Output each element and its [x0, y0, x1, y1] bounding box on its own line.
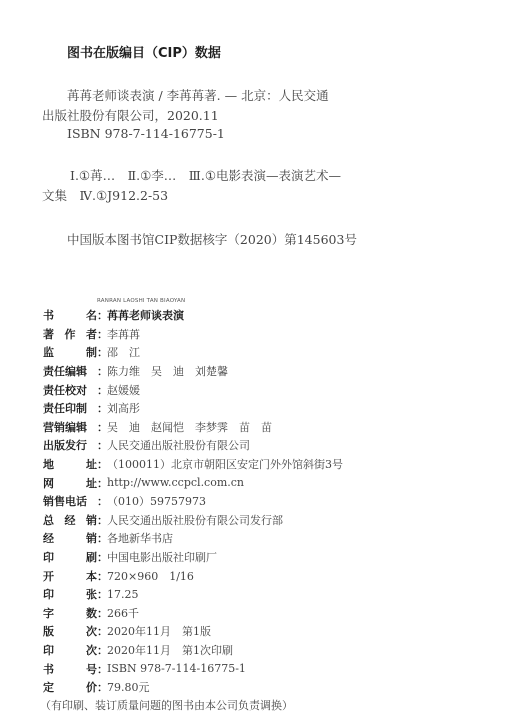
field-label-char: 作 — [65, 326, 76, 342]
field-label-char: 制 — [86, 344, 97, 360]
copyright-row: 监制：邵 江 — [43, 343, 383, 362]
copyright-row: 印刷：中国电影出版社印刷厂 — [43, 548, 383, 567]
cip-classification-line: 文集 Ⅳ.①J912.2-53 — [42, 186, 168, 204]
field-colon: ： — [97, 530, 107, 546]
field-label-char: 次 — [86, 642, 97, 658]
field-label-char: 销售电话 — [43, 493, 87, 509]
field-label-char: 责任印制 — [43, 400, 87, 416]
copyright-row: 地址：（100011）北京市朝阳区安定门外外馆斜街3号 — [43, 455, 383, 474]
field-colon: ： — [97, 661, 107, 677]
field-value: 2020年11月 第1次印刷 — [107, 642, 233, 658]
field-value: 李苒苒 — [107, 326, 140, 342]
field-colon: ： — [97, 512, 107, 528]
field-label: 书名 — [43, 307, 97, 323]
field-value: 17.25 — [107, 588, 139, 601]
field-label: 著作者 — [43, 326, 97, 342]
copyright-row: 书号：ISBN 978-7-114-16775-1 — [43, 659, 383, 678]
field-label: 销售电话 — [43, 493, 97, 509]
field-value: （100011）北京市朝阳区安定门外外馆斜街3号 — [107, 456, 343, 472]
field-label: 总经销 — [43, 512, 97, 528]
field-value: （010）59757973 — [107, 493, 206, 509]
field-value: 苒苒老师谈表演 — [107, 307, 184, 323]
field-label: 印张 — [43, 586, 97, 602]
field-label-char: 著 — [43, 326, 54, 342]
field-label: 印次 — [43, 642, 97, 658]
field-label-char: 印 — [43, 642, 54, 658]
field-value: ISBN 978-7-114-16775-1 — [107, 662, 246, 675]
field-label-char: 张 — [86, 586, 97, 602]
field-label-char: 刷 — [86, 549, 97, 565]
field-colon: ： — [97, 437, 107, 453]
cip-title: 图书在版编目（CIP）数据 — [67, 42, 221, 61]
copyright-row: 印张：17.25 — [43, 585, 383, 604]
field-colon: ： — [97, 456, 107, 472]
copyright-row: 销售电话：（010）59757973 — [43, 492, 383, 511]
copyright-row: 营销编辑：吴 迪 赵闻恺 李梦霁 苗 苗 — [43, 418, 383, 437]
field-label: 出版发行 — [43, 437, 97, 453]
field-label-char: 数 — [86, 605, 97, 621]
copyright-page: 书名：苒苒老师谈表演著作者：李苒苒监制：邵 江责任编辑：陈力维 吴 迪 刘楚馨责… — [43, 306, 383, 713]
field-label-char: 责任校对 — [43, 382, 87, 398]
field-colon: ： — [97, 642, 107, 658]
field-value: 赵媛媛 — [107, 382, 140, 398]
copyright-row: 字数：266千 — [43, 604, 383, 623]
field-colon: ： — [97, 605, 107, 621]
field-colon: ： — [97, 363, 107, 379]
field-value: 邵 江 — [107, 344, 140, 360]
field-label-char: 网 — [43, 475, 54, 491]
cip-entry-title-line: 苒苒老师谈表演 / 李苒苒著. — 北京：人民交通 — [67, 86, 329, 104]
copyright-row: 版次：2020年11月 第1版 — [43, 622, 383, 641]
copyright-row: 著作者：李苒苒 — [43, 325, 383, 344]
field-label: 责任校对 — [43, 382, 97, 398]
field-label-char: 书 — [43, 661, 54, 677]
field-label-char: 本 — [86, 568, 97, 584]
copyright-row: 书名：苒苒老师谈表演 — [43, 306, 383, 325]
field-label: 责任印制 — [43, 400, 97, 416]
field-value: 中国电影出版社印刷厂 — [107, 549, 217, 565]
field-label: 经销 — [43, 530, 97, 546]
field-label-char: 版 — [43, 623, 54, 639]
copyright-row: 开本：720×960 1/16 — [43, 566, 383, 585]
field-label: 责任编辑 — [43, 363, 97, 379]
field-label: 版次 — [43, 623, 97, 639]
copyright-row: 印次：2020年11月 第1次印刷 — [43, 641, 383, 660]
copyright-row: 经销：各地新华书店 — [43, 529, 383, 548]
field-value: 2020年11月 第1版 — [107, 623, 211, 639]
field-value: 79.80元 — [107, 679, 150, 695]
field-label-char: 者 — [86, 326, 97, 342]
field-label: 字数 — [43, 605, 97, 621]
field-colon: ： — [97, 549, 107, 565]
field-label: 监制 — [43, 344, 97, 360]
cip-entry-isbn: ISBN 978-7-114-16775-1 — [67, 126, 225, 141]
field-label-char: 销 — [86, 530, 97, 546]
field-label: 开本 — [43, 568, 97, 584]
field-label-char: 址 — [86, 456, 97, 472]
field-value: 陈力维 吴 迪 刘楚馨 — [107, 363, 228, 379]
field-label: 地址 — [43, 456, 97, 472]
cip-subject-line: Ⅰ.①苒… Ⅱ.①李… Ⅲ.①电影表演—表演艺术— — [70, 166, 341, 184]
field-label-char: 字 — [43, 605, 54, 621]
book-title-pinyin: RANRAN LAOSHI TAN BIAOYAN — [97, 298, 185, 304]
field-label-char: 销 — [86, 512, 97, 528]
field-colon: ： — [97, 493, 107, 509]
copyright-row: 责任校对：赵媛媛 — [43, 380, 383, 399]
field-label-char: 营销编辑 — [43, 419, 87, 435]
field-colon: ： — [97, 344, 107, 360]
field-label: 营销编辑 — [43, 419, 97, 435]
field-label: 书号 — [43, 661, 97, 677]
copyright-row: 网址：http://www.ccpcl.com.cn — [43, 473, 383, 492]
copyright-row: 责任编辑：陈力维 吴 迪 刘楚馨 — [43, 362, 383, 381]
field-label-char: 责任编辑 — [43, 363, 87, 379]
field-label: 定价 — [43, 679, 97, 695]
field-value: 720×960 1/16 — [107, 568, 194, 584]
copyright-row: 责任印制：刘高彤 — [43, 399, 383, 418]
field-label-char: 次 — [86, 623, 97, 639]
field-label-char: 价 — [86, 679, 97, 695]
field-value: 吴 迪 赵闻恺 李梦霁 苗 苗 — [107, 419, 272, 435]
copyright-row: 总经销：人民交通出版社股份有限公司发行部 — [43, 511, 383, 530]
field-colon: ： — [97, 475, 107, 491]
field-colon: ： — [97, 326, 107, 342]
field-label-char: 出版发行 — [43, 437, 87, 453]
field-colon: ： — [97, 679, 107, 695]
field-label-char: 监 — [43, 344, 54, 360]
field-label-char: 号 — [86, 661, 97, 677]
field-value: http://www.ccpcl.com.cn — [107, 476, 244, 489]
copyright-row: 出版发行：人民交通出版社股份有限公司 — [43, 436, 383, 455]
field-colon: ： — [97, 586, 107, 602]
field-value: 刘高彤 — [107, 400, 140, 416]
field-label-char: 总 — [43, 512, 54, 528]
field-value: 各地新华书店 — [107, 530, 173, 546]
cip-record-number: 中国版本图书馆CIP数据核字（2020）第145603号 — [67, 230, 357, 248]
field-value: 人民交通出版社股份有限公司发行部 — [107, 512, 283, 528]
field-label-char: 经 — [43, 530, 54, 546]
field-label-char: 址 — [86, 475, 97, 491]
field-label-char: 定 — [43, 679, 54, 695]
field-label: 印刷 — [43, 549, 97, 565]
field-colon: ： — [97, 400, 107, 416]
field-label-char: 名 — [86, 307, 97, 323]
field-label-char: 书 — [43, 307, 54, 323]
field-value: 266千 — [107, 605, 139, 621]
quality-guarantee-note: （有印刷、装订质量问题的图书由本公司负责调换） — [40, 697, 383, 713]
field-colon: ： — [97, 307, 107, 323]
field-label-char: 印 — [43, 586, 54, 602]
field-label-char: 开 — [43, 568, 54, 584]
field-label-char: 地 — [43, 456, 54, 472]
field-colon: ： — [97, 568, 107, 584]
field-label-char: 印 — [43, 549, 54, 565]
field-colon: ： — [97, 419, 107, 435]
field-label: 网址 — [43, 475, 97, 491]
cip-entry-publisher-line: 出版社股份有限公司，2020.11 — [42, 106, 219, 124]
field-value: 人民交通出版社股份有限公司 — [107, 437, 250, 453]
field-colon: ： — [97, 382, 107, 398]
copyright-row: 定价：79.80元 — [43, 678, 383, 697]
field-colon: ： — [97, 623, 107, 639]
field-label-char: 经 — [65, 512, 76, 528]
